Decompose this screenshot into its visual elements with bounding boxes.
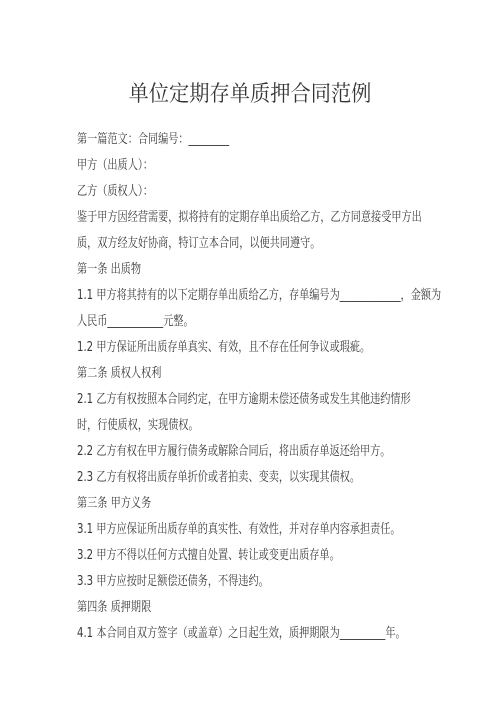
document-body: 第一篇范文：合同编号：________甲方（出质人）：乙方（质权人）：鉴于甲方因… <box>77 127 500 647</box>
document-line: 2.3 乙方有权将出质存单折价或者拍卖、变卖，以实现其债权。 <box>77 465 407 491</box>
contract-document-page: 单位定期存单质押合同范例 第一篇范文：合同编号：________甲方（出质人）：… <box>0 0 500 707</box>
document-line: 时，行使质权，实现债权。 <box>77 413 407 439</box>
document-line: 3.2 甲方不得以任何方式擅自处置、转让或变更出质存单。 <box>77 543 407 569</box>
document-line: 第四条 质押期限 <box>77 595 407 621</box>
document-line: 1.2 甲方保证所出质存单真实、有效，且不存在任何争议或瑕疵。 <box>77 335 407 361</box>
document-line: 2.2 乙方有权在甲方履行债务或解除合同后，将出质存单返还给甲方。 <box>77 439 407 465</box>
document-line: 第三条 甲方义务 <box>77 491 407 517</box>
document-line: 3.1 甲方应保证所出质存单的真实性、有效性，并对存单内容承担责任。 <box>77 517 407 543</box>
document-line: 甲方（出质人）： <box>77 153 407 179</box>
document-line: 第一条 出质物 <box>77 257 407 283</box>
document-line: 质，双方经友好协商，特订立本合同，以便共同遵守。 <box>77 231 407 257</box>
document-line: 第二条 质权人权利 <box>77 361 407 387</box>
document-line: 3.3 甲方应按时足额偿还债务，不得违约。 <box>77 569 407 595</box>
document-line: 鉴于甲方因经营需要，拟将持有的定期存单出质给乙方，乙方同意接受甲方出 <box>77 205 407 231</box>
document-line: 人民币___________元整。 <box>77 309 407 335</box>
document-line: 第一篇范文：合同编号：________ <box>77 127 407 153</box>
document-line: 乙方（质权人）： <box>77 179 407 205</box>
document-line: 2.1 乙方有权按照本合同约定，在甲方逾期未偿还债务或发生其他违约情形 <box>77 387 407 413</box>
document-title: 单位定期存单质押合同范例 <box>20 82 480 107</box>
document-line: 1.1 甲方将其持有的以下定期存单出质给乙方，存单编号为____________… <box>77 283 407 309</box>
document-line: 4.1 本合同自双方签字（或盖章）之日起生效，质押期限为_________年。 <box>77 621 407 647</box>
